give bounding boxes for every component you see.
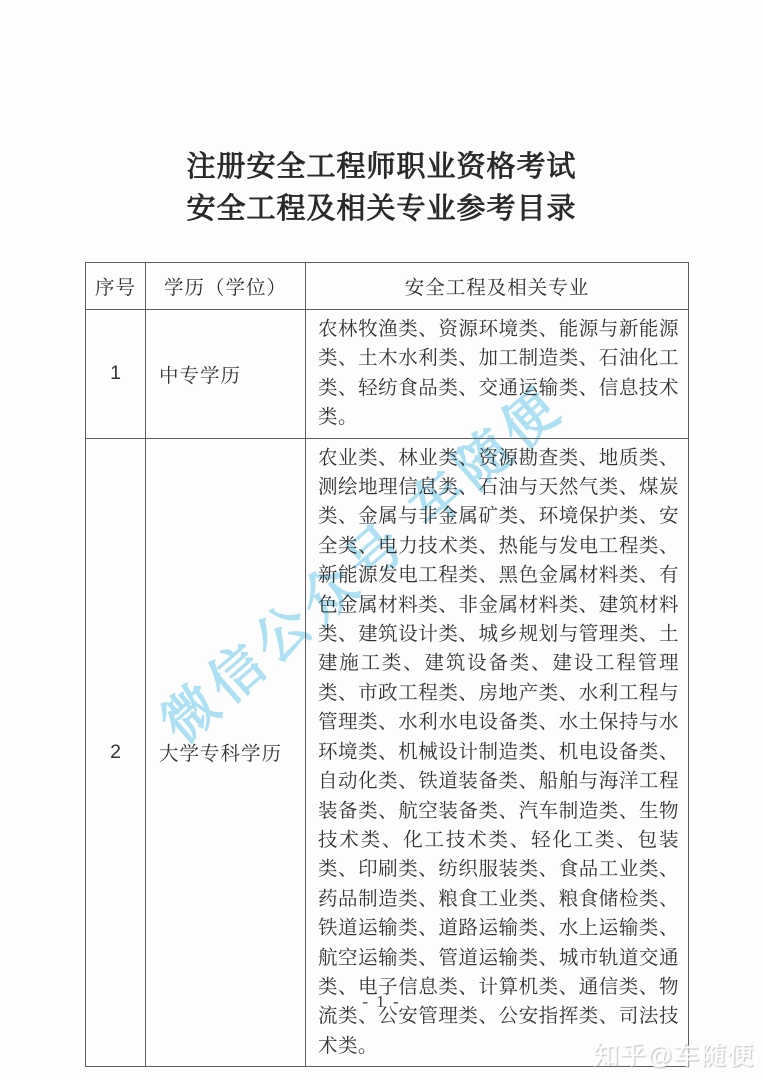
title-line-1: 注册安全工程师职业资格考试 (0, 146, 763, 188)
row1-serial-number: 1 (86, 310, 146, 439)
header-education-degree: 学历（学位） (146, 263, 306, 310)
header-related-majors: 安全工程及相关专业 (306, 263, 689, 310)
row2-majors-list: 农业类、林业类、资源勘查类、地质类、测绘地理信息类、石油与天然气类、煤炭类、金属… (306, 438, 689, 1067)
majors-reference-table: 序号 学历（学位） 安全工程及相关专业 1 中专学历 农林牧渔类、资源环境类、能… (85, 262, 689, 1067)
row2-degree: 大学专科学历 (146, 438, 306, 1067)
title-line-2: 安全工程及相关专业参考目录 (0, 188, 763, 230)
table-row: 1 中专学历 农林牧渔类、资源环境类、能源与新能源类、土木水利类、加工制造类、石… (86, 310, 689, 439)
row1-degree: 中专学历 (146, 310, 306, 439)
row1-majors-list: 农林牧渔类、资源环境类、能源与新能源类、土木水利类、加工制造类、石油化工类、轻纺… (306, 310, 689, 439)
document-title: 注册安全工程师职业资格考试 安全工程及相关专业参考目录 (0, 146, 763, 230)
row2-serial-number: 2 (86, 438, 146, 1067)
table-header-row: 序号 学历（学位） 安全工程及相关专业 (86, 263, 689, 310)
page-number: - 1 - (0, 992, 763, 1012)
document-page: 注册安全工程师职业资格考试 安全工程及相关专业参考目录 微信公众号 车随便 序号… (0, 0, 763, 1080)
table-row: 2 大学专科学历 农业类、林业类、资源勘查类、地质类、测绘地理信息类、石油与天然… (86, 438, 689, 1067)
header-serial-number: 序号 (86, 263, 146, 310)
